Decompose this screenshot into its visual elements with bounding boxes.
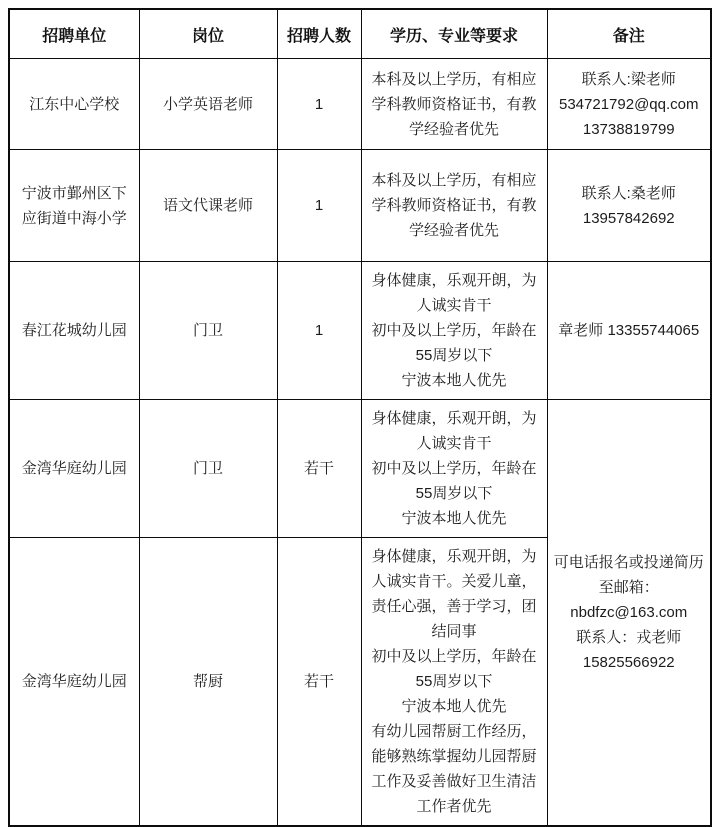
header-cell-remark: 备注 — [547, 9, 711, 59]
cell-unit: 江东中心学校 — [9, 59, 139, 150]
page: 招聘单位 岗位 招聘人数 学历、专业等要求 备注 江东中心学校 小学英语老师 1… — [0, 0, 717, 796]
cell-remark: 联系人:梁老师 534721792@qq.com 13738819799 — [547, 59, 711, 150]
cell-unit: 金湾华庭幼儿园 — [9, 400, 139, 538]
cell-position: 语文代课老师 — [139, 150, 277, 262]
cell-requirements: 本科及以上学历，有相应学科教师资格证书，有教学经验者优先 — [361, 59, 547, 150]
header-cell-unit: 招聘单位 — [9, 9, 139, 59]
cell-unit: 春江花城幼儿园 — [9, 262, 139, 400]
cell-count: 1 — [277, 262, 361, 400]
header-cell-position: 岗位 — [139, 9, 277, 59]
cell-count: 1 — [277, 150, 361, 262]
recruitment-table: 招聘单位 岗位 招聘人数 学历、专业等要求 备注 江东中心学校 小学英语老师 1… — [8, 8, 712, 827]
cell-remark: 联系人:桑老师 13957842692 — [547, 150, 711, 262]
cell-remark: 章老师 13355744065 — [547, 262, 711, 400]
table-row: 江东中心学校 小学英语老师 1 本科及以上学历，有相应学科教师资格证书，有教学经… — [9, 59, 711, 150]
cell-requirements: 身体健康，乐观开朗，为人诚实肯干 初中及以上学历，年龄在55周岁以下 宁波本地人… — [361, 400, 547, 538]
cell-position: 帮厨 — [139, 538, 277, 827]
cell-unit: 金湾华庭幼儿园 — [9, 538, 139, 827]
cell-unit: 宁波市鄞州区下应街道中海小学 — [9, 150, 139, 262]
table-row: 金湾华庭幼儿园 门卫 若干 身体健康，乐观开朗，为人诚实肯干 初中及以上学历，年… — [9, 400, 711, 538]
cell-requirements: 身体健康，乐观开朗，为人诚实肯干 初中及以上学历，年龄在55周岁以下 宁波本地人… — [361, 262, 547, 400]
header-cell-requirements: 学历、专业等要求 — [361, 9, 547, 59]
table-row: 春江花城幼儿园 门卫 1 身体健康，乐观开朗，为人诚实肯干 初中及以上学历，年龄… — [9, 262, 711, 400]
table-row: 宁波市鄞州区下应街道中海小学 语文代课老师 1 本科及以上学历，有相应学科教师资… — [9, 150, 711, 262]
cell-position: 门卫 — [139, 400, 277, 538]
cell-requirements: 本科及以上学历，有相应学科教师资格证书，有教学经验者优先 — [361, 150, 547, 262]
header-cell-count: 招聘人数 — [277, 9, 361, 59]
header-row: 招聘单位 岗位 招聘人数 学历、专业等要求 备注 — [9, 9, 711, 59]
cell-position: 小学英语老师 — [139, 59, 277, 150]
cell-requirements: 身体健康，乐观开朗，为人诚实肯干。关爱儿童，责任心强，善于学习，团结同事 初中及… — [361, 538, 547, 827]
cell-count: 若干 — [277, 538, 361, 827]
cell-remark-merged: 可电话报名或投递简历至邮箱： nbdfzc@163.com 联系人：戎老师 15… — [547, 400, 711, 827]
cell-count: 1 — [277, 59, 361, 150]
cell-position: 门卫 — [139, 262, 277, 400]
cell-count: 若干 — [277, 400, 361, 538]
